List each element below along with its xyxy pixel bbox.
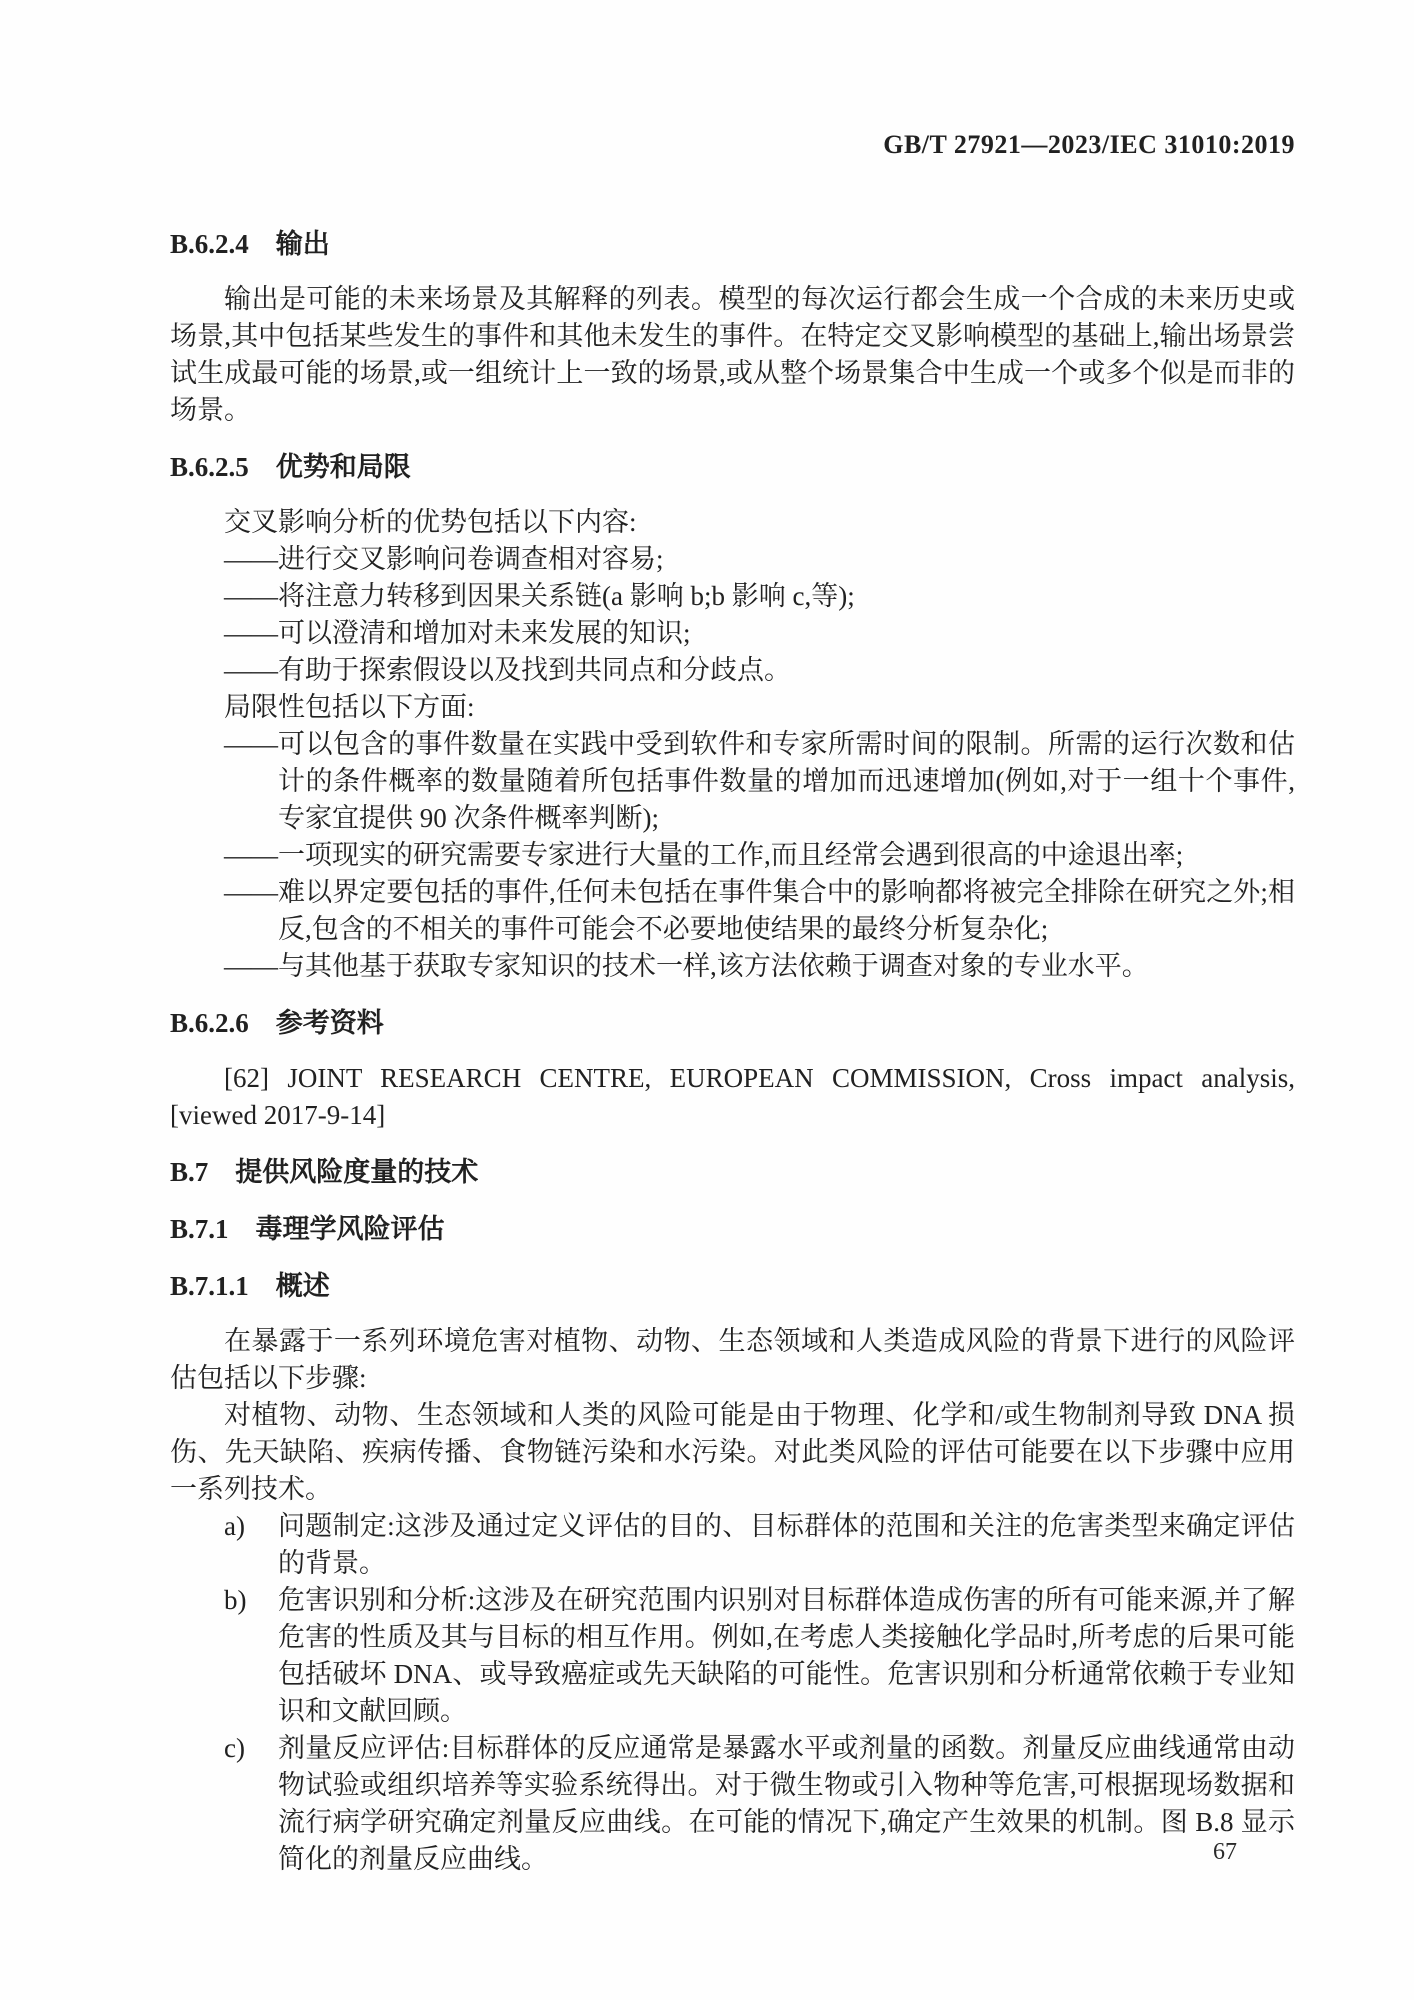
clause-title: 概述 — [276, 1271, 330, 1301]
page-content: GB/T 27921—2023/IEC 31010:2019 B.6.2.4输出… — [170, 126, 1295, 1878]
limitation-text: 可以包含的事件数量在实践中受到软件和专家所需时间的限制。所需的运行次数和估计的条… — [278, 726, 1295, 837]
dash-bullet: —— — [224, 578, 278, 615]
overview-paragraph-1: 在暴露于一系列环境危害对植物、动物、生态领域和人类造成风险的背景下进行的风险评估… — [170, 1323, 1295, 1397]
limitation-text: 与其他基于获取专家知识的技术一样,该方法依赖于调查对象的专业水平。 — [278, 948, 1295, 985]
advantage-text: 进行交叉影响问卷调查相对容易; — [278, 541, 1295, 578]
document-page: GB/T 27921—2023/IEC 31010:2019 B.6.2.4输出… — [0, 0, 1414, 2000]
clause-heading-b626: B.6.2.6参考资料 — [170, 1005, 1295, 1042]
step-item-b: b) 危害识别和分析:这涉及在研究范围内识别对目标群体造成伤害的所有可能来源,并… — [224, 1582, 1295, 1730]
reference-line-2: [viewed 2017-9-14] — [170, 1097, 1295, 1134]
step-item-a: a) 问题制定:这涉及通过定义评估的目的、目标群体的范围和关注的危害类型来确定评… — [224, 1508, 1295, 1582]
advantage-item: —— 可以澄清和增加对未来发展的知识; — [224, 615, 1295, 652]
dash-bullet: —— — [224, 948, 278, 985]
advantage-item: —— 有助于探索假设以及找到共同点和分歧点。 — [224, 652, 1295, 689]
limitations-intro: 局限性包括以下方面: — [170, 689, 1295, 726]
clause-heading-b624: B.6.2.4输出 — [170, 226, 1295, 263]
step-label: c) — [224, 1730, 278, 1878]
dash-bullet: —— — [224, 874, 278, 948]
dash-bullet: —— — [224, 541, 278, 578]
clause-title: 参考资料 — [276, 1008, 384, 1038]
advantage-text: 可以澄清和增加对未来发展的知识; — [278, 615, 1295, 652]
clause-number: B.6.2.6 — [170, 1008, 249, 1038]
step-label: a) — [224, 1508, 278, 1582]
clause-title: 输出 — [276, 229, 330, 259]
clause-heading-b625: B.6.2.5优势和局限 — [170, 449, 1295, 486]
clause-number: B.7.1.1 — [170, 1271, 249, 1301]
dash-bullet: —— — [224, 615, 278, 652]
paragraph-output: 输出是可能的未来场景及其解释的列表。模型的每次运行都会生成一个合成的未来历史或场… — [170, 281, 1295, 429]
limitation-item: —— 可以包含的事件数量在实践中受到软件和专家所需时间的限制。所需的运行次数和估… — [224, 726, 1295, 837]
clause-heading-b711: B.7.1.1概述 — [170, 1268, 1295, 1305]
limitation-item: —— 难以界定要包括的事件,任何未包括在事件集合中的影响都将被完全排除在研究之外… — [224, 874, 1295, 948]
clause-number: B.7.1 — [170, 1214, 229, 1244]
page-number: 67 — [1213, 1834, 1237, 1871]
dash-bullet: —— — [224, 837, 278, 874]
dash-bullet: —— — [224, 726, 278, 837]
clause-number: B.6.2.4 — [170, 229, 249, 259]
limitation-item: —— 一项现实的研究需要专家进行大量的工作,而且经常会遇到很高的中途退出率; — [224, 837, 1295, 874]
advantages-intro: 交叉影响分析的优势包括以下内容: — [170, 504, 1295, 541]
overview-paragraph-2: 对植物、动物、生态领域和人类的风险可能是由于物理、化学和/或生物制剂导致 DNA… — [170, 1397, 1295, 1508]
advantage-text: 将注意力转移到因果关系链(a 影响 b;b 影响 c,等); — [278, 578, 1295, 615]
clause-heading-b71: B.7.1毒理学风险评估 — [170, 1211, 1295, 1248]
step-text: 危害识别和分析:这涉及在研究范围内识别对目标群体造成伤害的所有可能来源,并了解危… — [278, 1582, 1295, 1730]
advantage-text: 有助于探索假设以及找到共同点和分歧点。 — [278, 652, 1295, 689]
clause-title: 提供风险度量的技术 — [235, 1157, 478, 1187]
clause-title: 毒理学风险评估 — [256, 1214, 445, 1244]
step-text: 问题制定:这涉及通过定义评估的目的、目标群体的范围和关注的危害类型来确定评估的背… — [278, 1508, 1295, 1582]
advantage-item: —— 进行交叉影响问卷调查相对容易; — [224, 541, 1295, 578]
reference-line-1: [62] JOINT RESEARCH CENTRE, EUROPEAN COM… — [170, 1060, 1295, 1097]
clause-title: 优势和局限 — [276, 452, 411, 482]
step-item-c: c) 剂量反应评估:目标群体的反应通常是暴露水平或剂量的函数。剂量反应曲线通常由… — [224, 1730, 1295, 1878]
limitation-text: 一项现实的研究需要专家进行大量的工作,而且经常会遇到很高的中途退出率; — [278, 837, 1295, 874]
step-label: b) — [224, 1582, 278, 1730]
clause-heading-b7: B.7提供风险度量的技术 — [170, 1154, 1295, 1191]
limitation-text: 难以界定要包括的事件,任何未包括在事件集合中的影响都将被完全排除在研究之外;相反… — [278, 874, 1295, 948]
clause-number: B.6.2.5 — [170, 452, 249, 482]
step-text: 剂量反应评估:目标群体的反应通常是暴露水平或剂量的函数。剂量反应曲线通常由动物试… — [278, 1730, 1295, 1878]
clause-number: B.7 — [170, 1157, 208, 1187]
dash-bullet: —— — [224, 652, 278, 689]
advantage-item: —— 将注意力转移到因果关系链(a 影响 b;b 影响 c,等); — [224, 578, 1295, 615]
limitation-item: —— 与其他基于获取专家知识的技术一样,该方法依赖于调查对象的专业水平。 — [224, 948, 1295, 985]
standard-code-header: GB/T 27921—2023/IEC 31010:2019 — [170, 126, 1295, 163]
